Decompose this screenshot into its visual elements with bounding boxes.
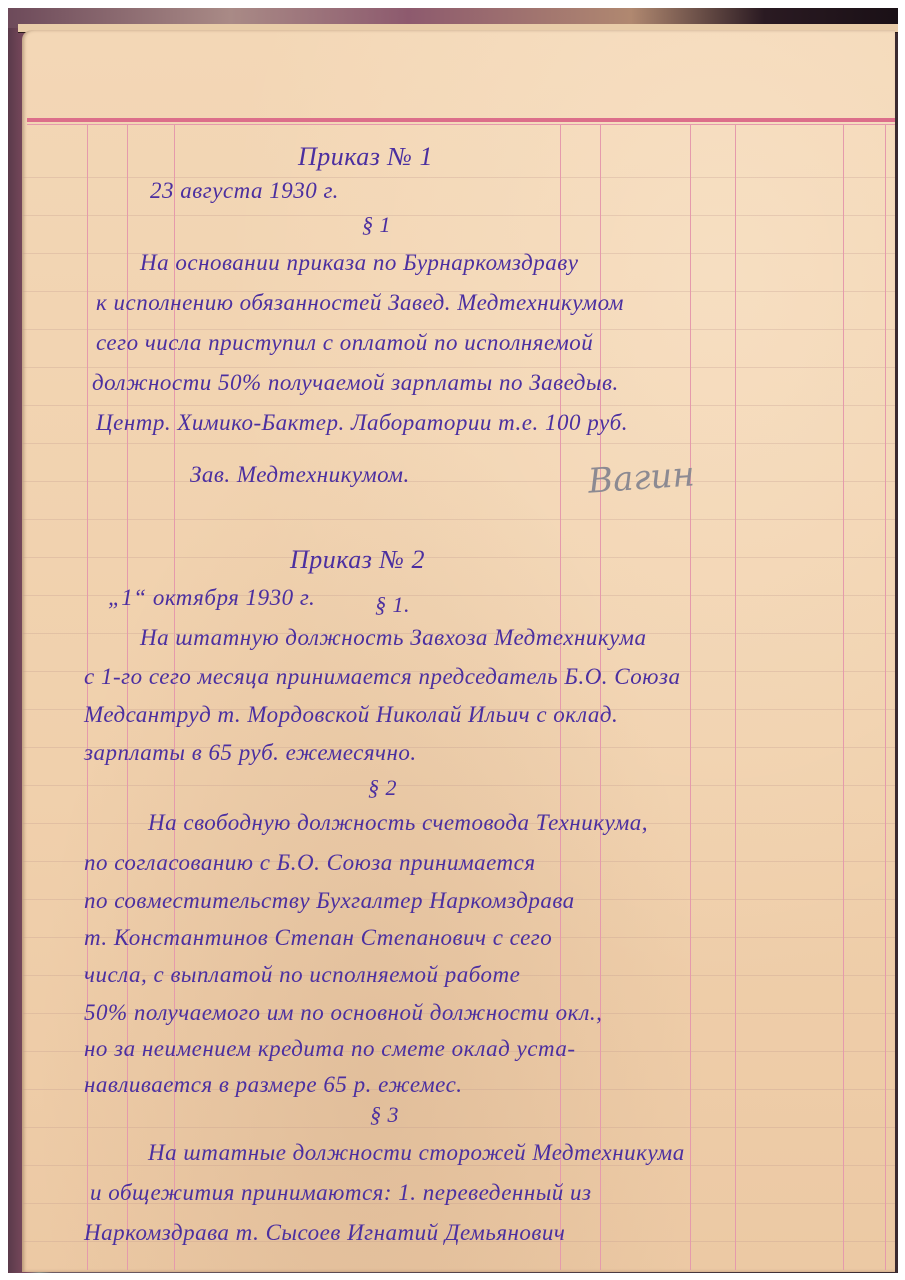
order2-para1-line: На штатную должность Завхоза Медтехникум…	[140, 625, 646, 651]
order2-para2-line: но за неимением кредита по смете оклад у…	[84, 1036, 576, 1062]
order2-para2-line: навливается в размере 65 р. ежемес.	[84, 1072, 463, 1098]
order1-line: сего числа приступил с оплатой по исполн…	[96, 330, 593, 356]
order1-date: 23 августа 1930 г.	[150, 178, 339, 204]
order1-line: Центр. Химико-Бактер. Лаборатории т.е. 1…	[96, 410, 628, 436]
column-rule	[885, 124, 886, 1270]
order2-para3-line: и общежития принимаются: 1. переведенный…	[90, 1180, 592, 1206]
order2-title: Приказ № 2	[290, 545, 425, 575]
order1-line: На основании приказа по Бурнаркомздраву	[140, 250, 578, 276]
margin-rule	[87, 124, 88, 1270]
order2-para2-line: т. Константинов Степан Степанович с сего	[84, 925, 552, 951]
order2-para2-line: На свободную должность счетовода Технику…	[148, 810, 648, 836]
order1-signature: Вагин	[587, 454, 696, 501]
column-rule	[690, 124, 691, 1270]
header-rule-thin	[27, 124, 895, 125]
order2-para1-line: зарплаты в 65 руб. ежемесячно.	[84, 740, 417, 766]
order2-para3-line: Наркомздрава т. Сысоев Игнатий Демьянови…	[84, 1220, 565, 1246]
header-rule	[27, 118, 895, 122]
order2-para1-line: Медсантруд т. Мордовской Николай Ильич с…	[84, 702, 618, 728]
order2-para2-line: 50% получаемого им по основной должности…	[84, 1000, 602, 1026]
order1-line: должности 50% получаемой зарплаты по Зав…	[92, 370, 619, 396]
order1-line: к исполнению обязанностей Завед. Медтехн…	[96, 290, 624, 316]
order2-para1-line: с 1-го сего месяца принимается председат…	[84, 664, 681, 690]
order1-paragraph-mark: § 1	[362, 212, 391, 238]
order2-date: „1“ октября 1930 г.	[108, 585, 315, 611]
order2-para3-line: На штатные должности сторожей Медтехнику…	[148, 1140, 685, 1166]
order2-paragraph3-mark: § 3	[370, 1102, 399, 1128]
order1-signoff: Зав. Медтехникумом.	[190, 462, 410, 488]
order1-title: Приказ № 1	[298, 142, 433, 172]
column-rule	[735, 124, 736, 1270]
order2-paragraph2-mark: § 2	[368, 775, 397, 801]
order2-para2-line: по совместительству Бухгалтер Наркомздра…	[84, 888, 575, 914]
order2-para2-line: числа, с выплатой по исполняемой работе	[84, 962, 520, 988]
order2-paragraph1-mark: § 1.	[375, 592, 410, 618]
order2-para2-line: по согласованию с Б.О. Союза принимается	[84, 850, 536, 876]
column-rule	[843, 124, 844, 1270]
